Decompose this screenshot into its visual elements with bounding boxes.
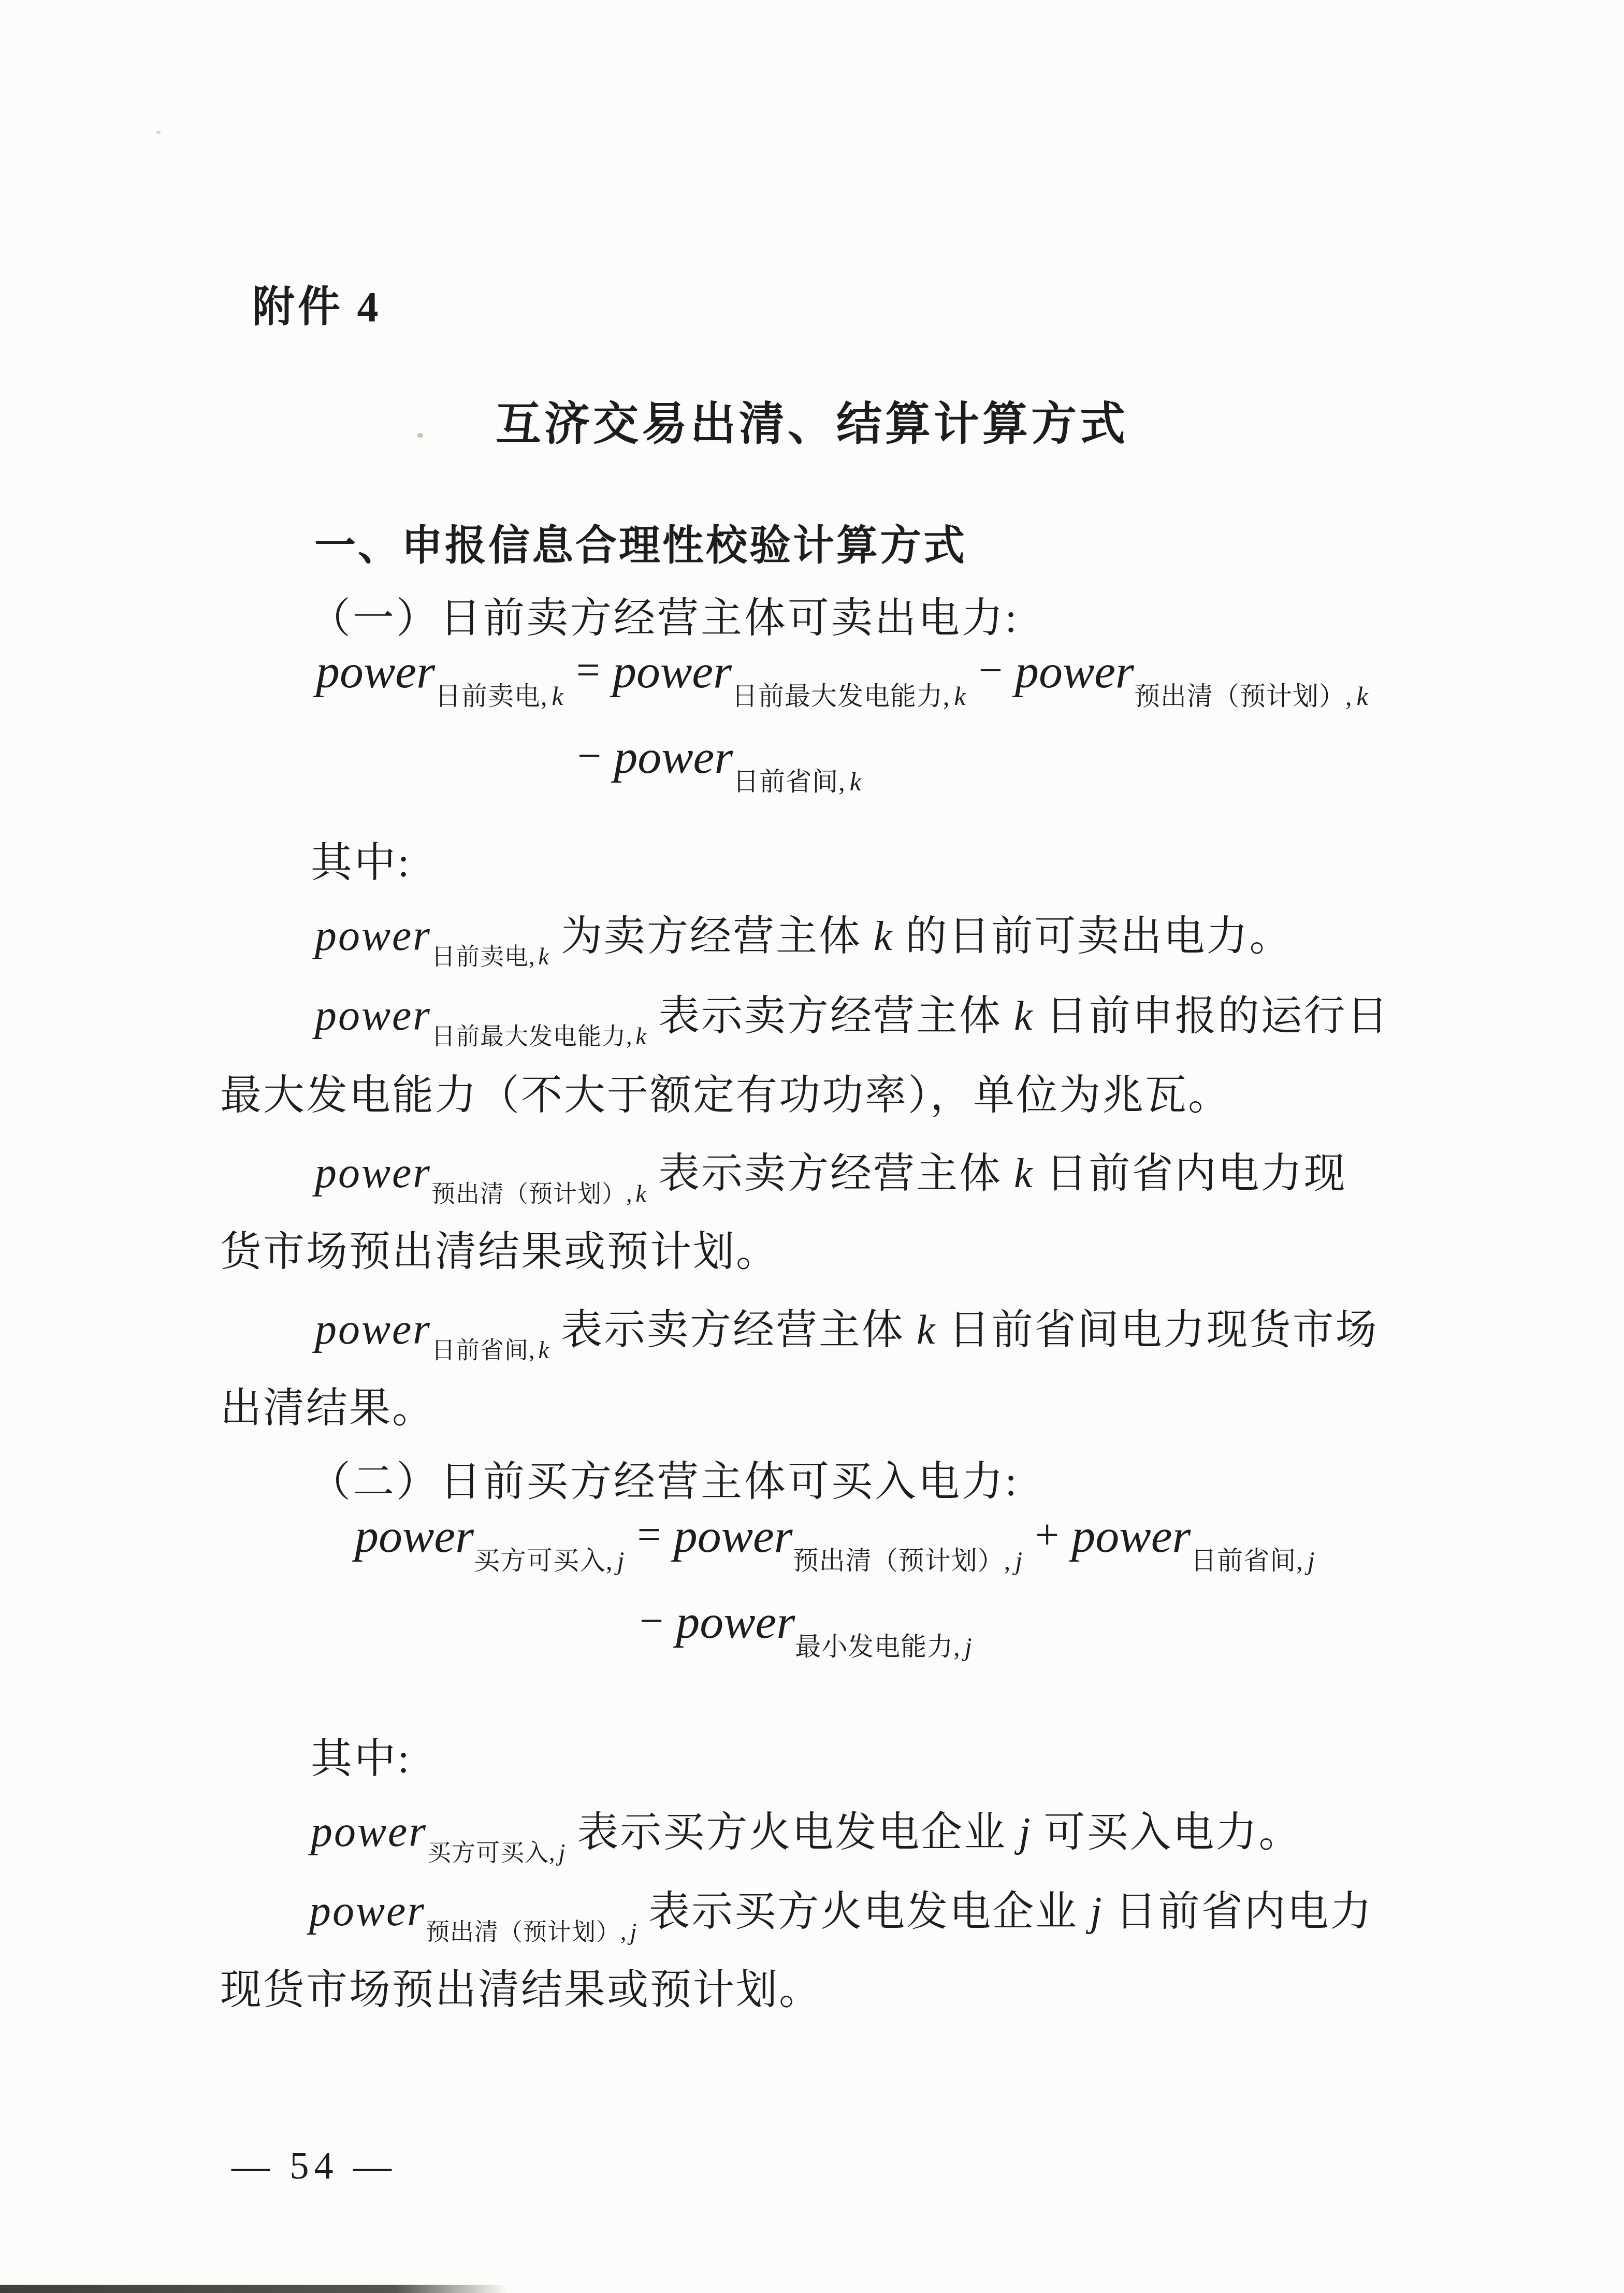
formula-var: power — [355, 1509, 474, 1562]
body-text: 表示买方火电发电企业 — [648, 1889, 1090, 1935]
formula-subscript: 日前省间,j — [1191, 1540, 1315, 1577]
body-text: 表示卖方经营主体 — [561, 1307, 917, 1353]
body-text: 为卖方经营主体 — [561, 914, 874, 959]
formula-subscript: 日前最大发电能力,k — [431, 1017, 647, 1051]
equals-operator: = — [576, 646, 600, 694]
section-heading: 一、申报信息合理性校验计算方式 — [314, 512, 967, 571]
scan-edge-artifact — [0, 2285, 508, 2293]
formula-var: power — [613, 645, 732, 698]
paragraph-line: 现货市场预出清结果或预计划。 — [220, 1956, 822, 2015]
formula-subscript: 买方可买入,j — [427, 1834, 565, 1868]
scan-speck — [417, 433, 423, 438]
body-text: 日前省间电力现货市场 — [936, 1307, 1378, 1353]
minus-operator: − — [577, 732, 601, 779]
formula-var: power — [315, 1305, 431, 1353]
formula-1-line-2: −power日前省间,k — [577, 729, 862, 784]
among-label-1: 其中: — [311, 829, 411, 888]
body-text: 日前省内电力 — [1104, 1889, 1373, 1935]
formula-subscript: 买方可买入,j — [474, 1540, 625, 1577]
document-page: 附件 4 互济交易出清、结算计算方式 一、申报信息合理性校验计算方式 （一）日前… — [0, 0, 1624, 2293]
inline-var: k — [1014, 993, 1034, 1039]
subsection-heading-1: （一）日前卖方经营主体可卖出电力: — [309, 584, 1019, 644]
formula-subscript: 预出清（预计划）,j — [426, 1913, 637, 1947]
formula-var: power — [311, 1808, 427, 1856]
formula-var: power — [614, 730, 733, 783]
minus-operator: − — [979, 646, 1003, 694]
formula-var: power — [674, 1509, 793, 1562]
formula-var: power — [315, 991, 431, 1040]
inline-var: j — [1019, 1810, 1032, 1855]
formula-subscript: 预出清（预计划）,j — [793, 1540, 1023, 1577]
paragraph-line: power预出清（预计划）,j表示买方火电发电企业 j 日前省内电力 — [309, 1878, 1373, 1937]
formula-1-line-1: power日前卖电,k=power日前最大发电能力,k−power预出清（预计划… — [316, 644, 1369, 699]
formula-var: power — [676, 1595, 795, 1648]
body-text: 日前申报的运行日 — [1034, 993, 1389, 1039]
formula-2-line-1: power买方可买入,j=power预出清（预计划）,j+power日前省间,j — [355, 1508, 1315, 1563]
body-text: 表示卖方经营主体 — [658, 993, 1014, 1039]
paragraph-line: 最大发电能力（不大于额定有功功率），单位为兆瓦。 — [220, 1061, 1231, 1121]
formula-subscript: 预出清（预计划）,k — [1134, 675, 1369, 713]
scan-speck — [156, 131, 161, 134]
plus-operator: + — [1035, 1511, 1059, 1558]
inline-var: j — [1090, 1889, 1103, 1935]
equals-operator: = — [637, 1511, 661, 1558]
formula-subscript: 预出清（预计划）,k — [431, 1175, 647, 1209]
formula-var: power — [315, 912, 431, 960]
inline-var: k — [874, 914, 894, 959]
page-number: — 54 — — [231, 2144, 397, 2188]
formula-subscript: 日前省间,k — [733, 761, 862, 798]
formula-subscript: 日前最大发电能力,k — [732, 675, 966, 713]
formula-var: power — [1071, 1509, 1191, 1562]
formula-var: power — [309, 1887, 426, 1935]
attachment-label: 附件 4 — [252, 273, 382, 334]
among-label-2: 其中: — [311, 1725, 411, 1784]
minus-operator: − — [640, 1597, 663, 1644]
inline-var: k — [917, 1307, 937, 1353]
body-text: 的日前可卖出电力。 — [893, 914, 1292, 959]
formula-subscript: 日前卖电,k — [435, 675, 564, 713]
paragraph-line: 出清结果。 — [220, 1374, 435, 1434]
formula-2-line-2: −power最小发电能力,j — [640, 1594, 973, 1649]
body-text: 可买入电力。 — [1032, 1810, 1302, 1855]
formula-subscript: 最小发电能力,j — [795, 1626, 972, 1663]
formula-var: power — [315, 1149, 431, 1197]
paragraph-line: power买方可买入,j表示买方火电发电企业 j 可买入电力。 — [311, 1798, 1302, 1858]
body-text: 表示买方火电发电企业 — [577, 1810, 1019, 1855]
paragraph-line: power日前卖电,k为卖方经营主体 k 的日前可卖出电力。 — [315, 902, 1292, 962]
formula-subscript: 日前卖电,k — [431, 938, 549, 972]
page-title: 互济交易出清、结算计算方式 — [0, 387, 1624, 453]
formula-var: power — [316, 645, 435, 698]
paragraph-line: power日前省间,k表示卖方经营主体 k 日前省间电力现货市场 — [315, 1296, 1378, 1355]
paragraph-line: power日前最大发电能力,k表示卖方经营主体 k 日前申报的运行日 — [315, 982, 1389, 1042]
paragraph-line: 货市场预出清结果或预计划。 — [220, 1218, 779, 1277]
inline-var: k — [1014, 1151, 1034, 1196]
subsection-heading-2: （二）日前买方经营主体可买入电力: — [309, 1448, 1019, 1507]
body-text: 日前省内电力现 — [1034, 1151, 1346, 1196]
formula-var: power — [1015, 645, 1134, 698]
formula-subscript: 日前省间,k — [431, 1331, 549, 1365]
body-text: 表示卖方经营主体 — [658, 1151, 1014, 1196]
paragraph-line: power预出清（预计划）,k表示卖方经营主体 k 日前省内电力现 — [315, 1140, 1346, 1199]
